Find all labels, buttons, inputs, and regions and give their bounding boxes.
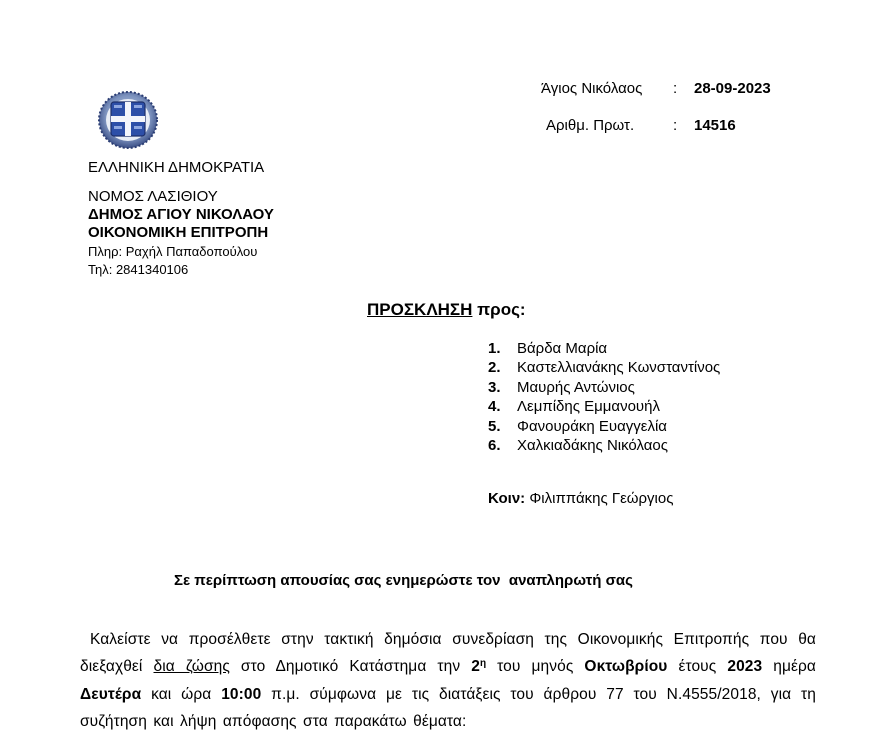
recipient-list: 1.Βάρδα Μαρία 2.Καστελλιανάκης Κωνσταντί… bbox=[488, 339, 720, 455]
place-separator: : bbox=[673, 80, 677, 97]
recipient-name: Φανουράκη Ευαγγελία bbox=[517, 417, 667, 436]
body-text: του μηνός bbox=[486, 658, 584, 675]
recipient-name: Μαυρής Αντώνιος bbox=[517, 378, 635, 397]
meeting-day: 2 bbox=[471, 658, 480, 675]
body-text: ημέρα bbox=[762, 658, 816, 675]
list-item: 6.Χαλκιαδάκης Νικόλαος bbox=[488, 436, 720, 455]
protocol-label: Αριθμ. Πρωτ. bbox=[546, 117, 634, 134]
invitation-heading: ΠΡΟΣΚΛΗΣΗ bbox=[367, 300, 472, 319]
meeting-month: Οκτωβρίου bbox=[584, 658, 667, 675]
invitation-title: ΠΡΟΣΚΛΗΣΗ προς: bbox=[367, 300, 526, 320]
list-item: 3.Μαυρής Αντώνιος bbox=[488, 378, 720, 397]
list-number: 3. bbox=[488, 378, 517, 397]
cc-line: Κοιν: Φιλιππάκης Γεώργιος bbox=[488, 490, 673, 507]
list-item: 5.Φανουράκη Ευαγγελία bbox=[488, 417, 720, 436]
document-date: 28-09-2023 bbox=[694, 80, 771, 97]
cc-label: Κοιν: bbox=[488, 490, 525, 507]
body-text: έτους bbox=[667, 658, 727, 675]
meeting-weekday: Δευτέρα bbox=[80, 686, 141, 703]
contact-person: Πληρ: Ραχήλ Παπαδοπούλου bbox=[88, 244, 257, 260]
meeting-mode: δια ζώσης bbox=[154, 658, 230, 675]
list-number: 2. bbox=[488, 358, 517, 377]
recipient-name: Καστελλιανάκης Κωνσταντίνος bbox=[517, 358, 720, 377]
meeting-time: 10:00 bbox=[221, 686, 261, 703]
body-text: και ώρα bbox=[141, 686, 221, 703]
prefecture-name: ΝΟΜΟΣ ΛΑΣΙΘΙΟΥ bbox=[88, 188, 218, 206]
body-text: στο Δημοτικό Κατάστημα την bbox=[230, 658, 471, 675]
protocol-number: 14516 bbox=[694, 117, 736, 134]
recipient-name: Χαλκιαδάκης Νικόλαος bbox=[517, 436, 668, 455]
list-item: 1.Βάρδα Μαρία bbox=[488, 339, 720, 358]
recipient-name: Βάρδα Μαρία bbox=[517, 339, 607, 358]
meeting-year: 2023 bbox=[727, 658, 762, 675]
contact-phone: Τηλ: 2841340106 bbox=[88, 262, 188, 278]
invitation-heading-suffix: προς: bbox=[477, 300, 525, 319]
recipient-name: Λεμπίδης Εμμανουήλ bbox=[517, 397, 660, 416]
place-label: Άγιος Νικόλαος bbox=[541, 80, 642, 97]
list-number: 1. bbox=[488, 339, 517, 358]
list-number: 5. bbox=[488, 417, 517, 436]
list-number: 6. bbox=[488, 436, 517, 455]
cc-name: Φιλιππάκης Γεώργιος bbox=[529, 490, 673, 507]
committee-name: ΟΙΚΟΝΟΜΙΚΗ ΕΠΙΤΡΟΠΗ bbox=[88, 224, 268, 242]
invitation-body: Καλείστε να προσέλθετε στην τακτική δημό… bbox=[80, 626, 816, 735]
list-number: 4. bbox=[488, 397, 517, 416]
country-name: ΕΛΛΗΝΙΚΗ ΔΗΜΟΚΡΑΤΙΑ bbox=[88, 159, 264, 177]
list-item: 4.Λεμπίδης Εμμανουήλ bbox=[488, 397, 720, 416]
absence-notice: Σε περίπτωση απουσίας σας ενημερώστε τον… bbox=[174, 572, 633, 589]
municipality-name: ΔΗΜΟΣ ΑΓΙΟΥ ΝΙΚΟΛΑΟΥ bbox=[88, 206, 274, 224]
list-item: 2.Καστελλιανάκης Κωνσταντίνος bbox=[488, 358, 720, 377]
greek-coat-of-arms-icon bbox=[96, 90, 160, 150]
protocol-separator: : bbox=[673, 117, 677, 134]
